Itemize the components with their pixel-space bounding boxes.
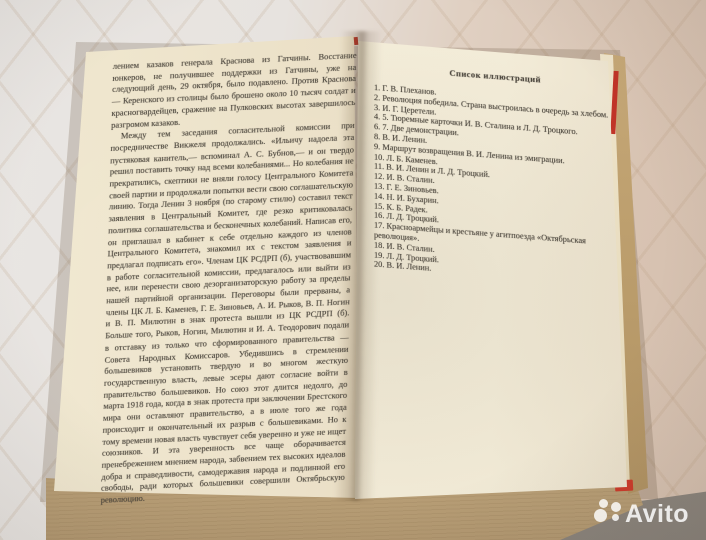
avito-circle-medium [611, 502, 621, 512]
book-photo: лением казаков генерала Краснова из Гатч… [0, 0, 706, 540]
avito-circles-icon [592, 497, 622, 531]
avito-circle-large [594, 509, 607, 522]
avito-watermark-text: Avito [625, 497, 689, 531]
avito-circle-small [599, 499, 608, 508]
left-page-paragraph: Между тем заседания согласительной комис… [101, 120, 355, 506]
left-page-paragraph: лением казаков генерала Краснова из Гатч… [111, 50, 357, 131]
avito-watermark: Avito [592, 497, 689, 531]
illustration-list: Список иллюстраций 1. Г. В. Плеханов. 2.… [374, 62, 616, 288]
avito-circle-tiny [612, 514, 619, 521]
left-page-text: лением казаков генерала Краснова из Гатч… [101, 50, 357, 507]
